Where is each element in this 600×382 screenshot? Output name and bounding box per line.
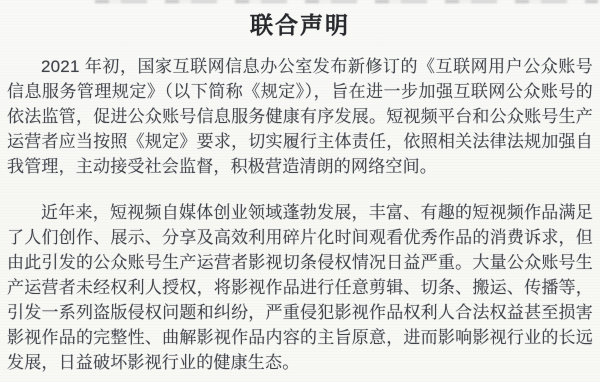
- paragraph-infringement-problem: 近年来，短视频自媒体创业领域蓬勃发展，丰富、有趣的短视频作品满足了人们创作、展示…: [7, 200, 593, 375]
- paragraph-regulation-background: 2021 年初，国家互联网信息办公室发布新修订的《互联网用户公众账号信息服务管理…: [7, 54, 593, 179]
- statement-document-page: 联合声明 2021 年初，国家互联网信息办公室发布新修订的《互联网用户公众账号信…: [0, 0, 600, 382]
- scan-smudge-artifact: [95, 0, 598, 3]
- document-title: 联合声明: [0, 0, 600, 42]
- document-body: 2021 年初，国家互联网信息办公室发布新修订的《互联网用户公众账号信息服务管理…: [0, 42, 600, 375]
